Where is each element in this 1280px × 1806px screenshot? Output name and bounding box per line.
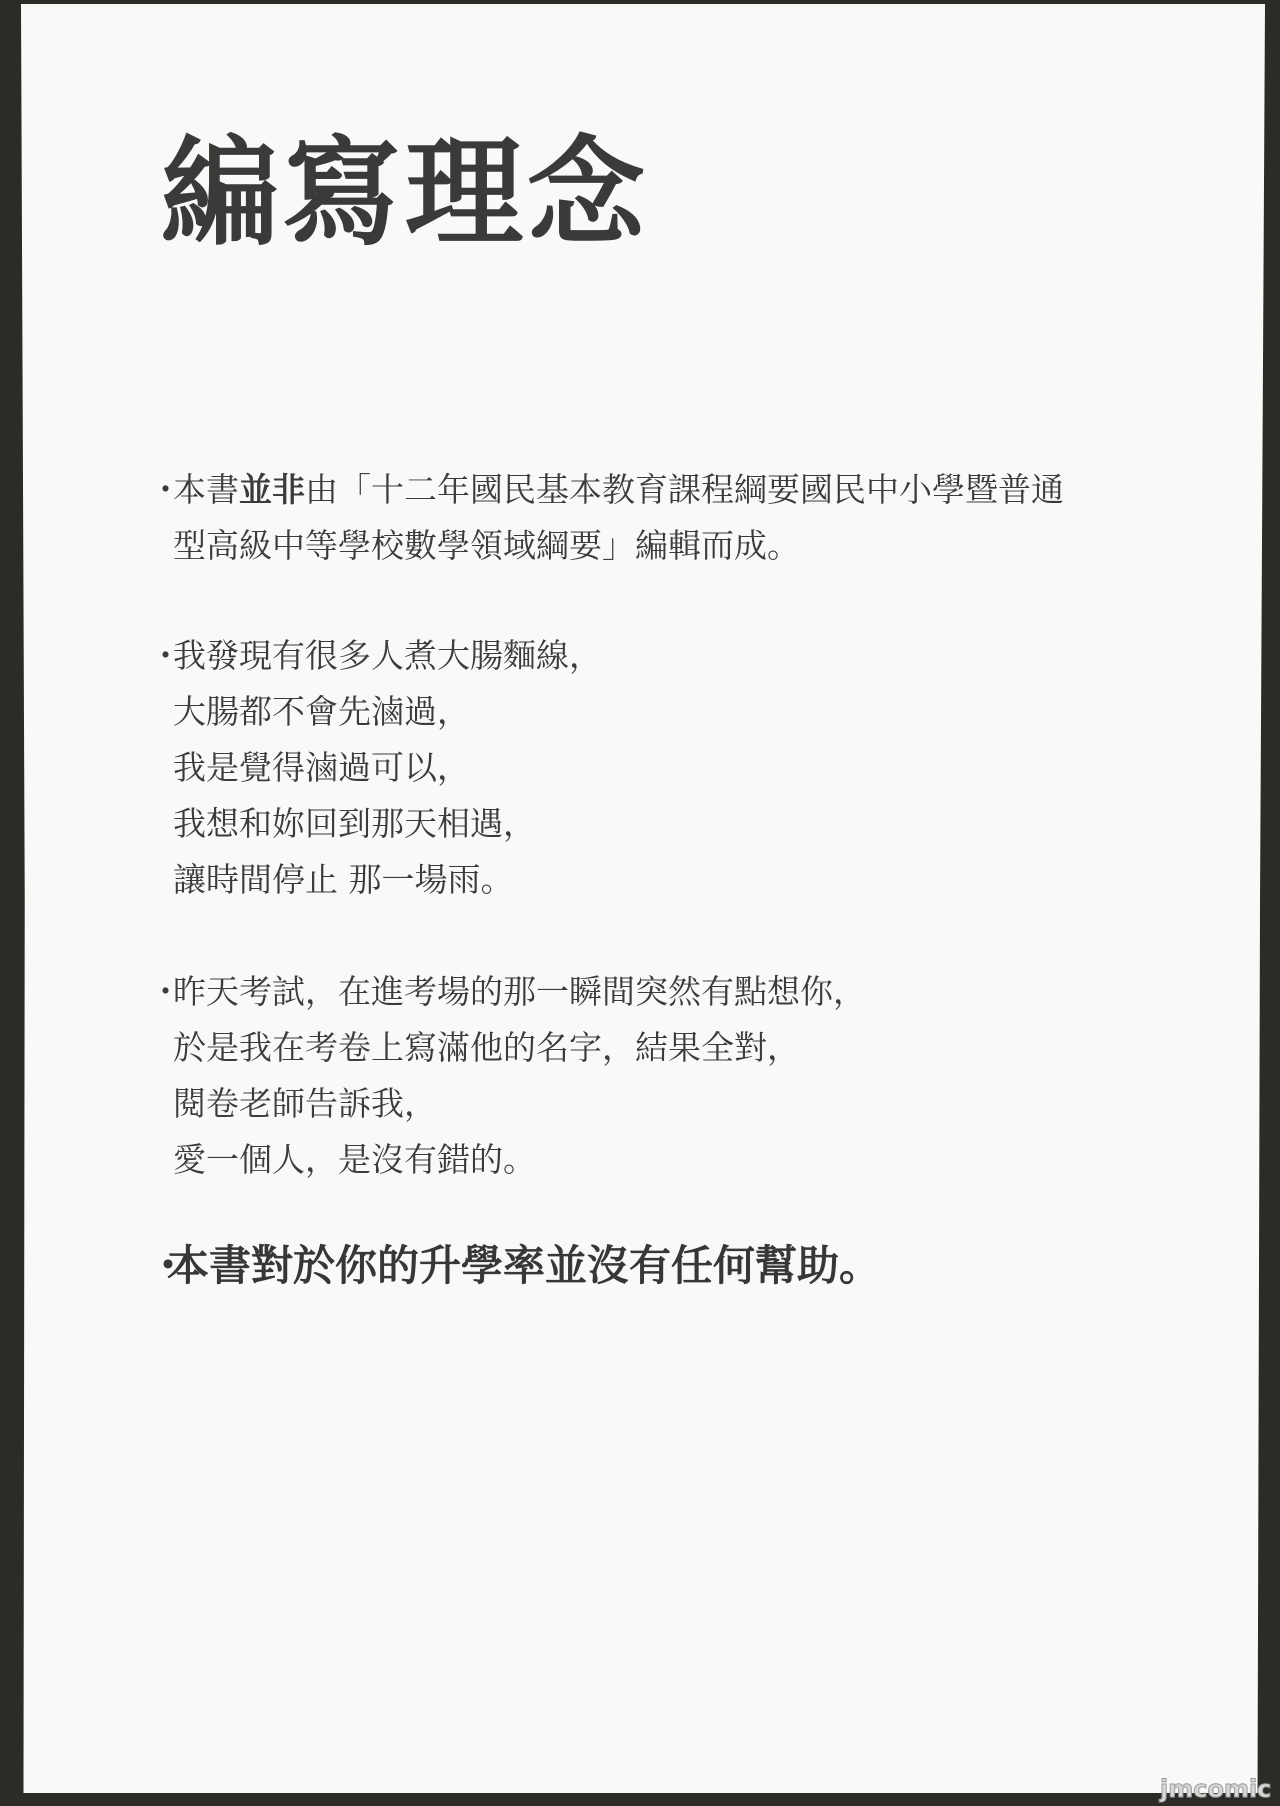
bullet-curriculum-disclaimer: ・本書並非由「十二年國民基本教育課程綱要國民中小學暨普通 型高級中等學校數學領域… (145, 462, 1064, 574)
scanned-page: 編寫理念 ・本書並非由「十二年國民基本教育課程綱要國民中小學暨普通 型高級中等學… (21, 4, 1265, 1793)
page-title: 編寫理念 (161, 134, 649, 252)
bullet-no-help-statement: ・本書對於你的升學率並沒有任何幫助。 (143, 1236, 881, 1296)
bullet-line: ・昨天考試，在進考場的那一瞬間突然有點想你， (145, 964, 866, 1020)
bullet-dot-icon: ・ (147, 1236, 189, 1296)
bullet-line: 大腸都不會先滷過， (145, 684, 602, 740)
bullet-line: ・本書對於你的升學率並沒有任何幫助。 (143, 1236, 881, 1296)
bullet-line: 於是我在考卷上寫滿他的名字，結果全對， (145, 1020, 866, 1076)
bullet-line: 閱卷老師告訴我， (145, 1076, 866, 1132)
paper-edge-tear (1258, 884, 1273, 954)
bullet-exam-story: ・昨天考試，在進考場的那一瞬間突然有點想你， 於是我在考卷上寫滿他的名字，結果全… (145, 964, 866, 1188)
emphasis-text: 並非 (239, 470, 305, 509)
bullet-line: ・我發現有很多人煮大腸麵線， (145, 628, 602, 684)
bullet-dot-icon: ・ (149, 964, 182, 1020)
watermark-logo: jmcomic (1160, 1775, 1271, 1803)
bullet-line: 型高級中等學校數學領域綱要」編輯而成。 (145, 518, 1064, 574)
bullet-dot-icon: ・ (149, 462, 182, 518)
bullet-dot-icon: ・ (149, 628, 182, 684)
bullet-line: 我想和妳回到那天相遇， (145, 796, 602, 852)
bullet-line: 愛一個人，是沒有錯的。 (145, 1132, 866, 1188)
bullet-intestine-noodles: ・我發現有很多人煮大腸麵線， 大腸都不會先滷過， 我是覺得滷過可以， 我想和妳回… (145, 628, 602, 908)
bullet-line: ・本書並非由「十二年國民基本教育課程綱要國民中小學暨普通 (145, 462, 1064, 518)
bullet-line: 讓時間停止 那一場雨。 (145, 852, 602, 908)
bullet-line: 我是覺得滷過可以， (145, 740, 602, 796)
